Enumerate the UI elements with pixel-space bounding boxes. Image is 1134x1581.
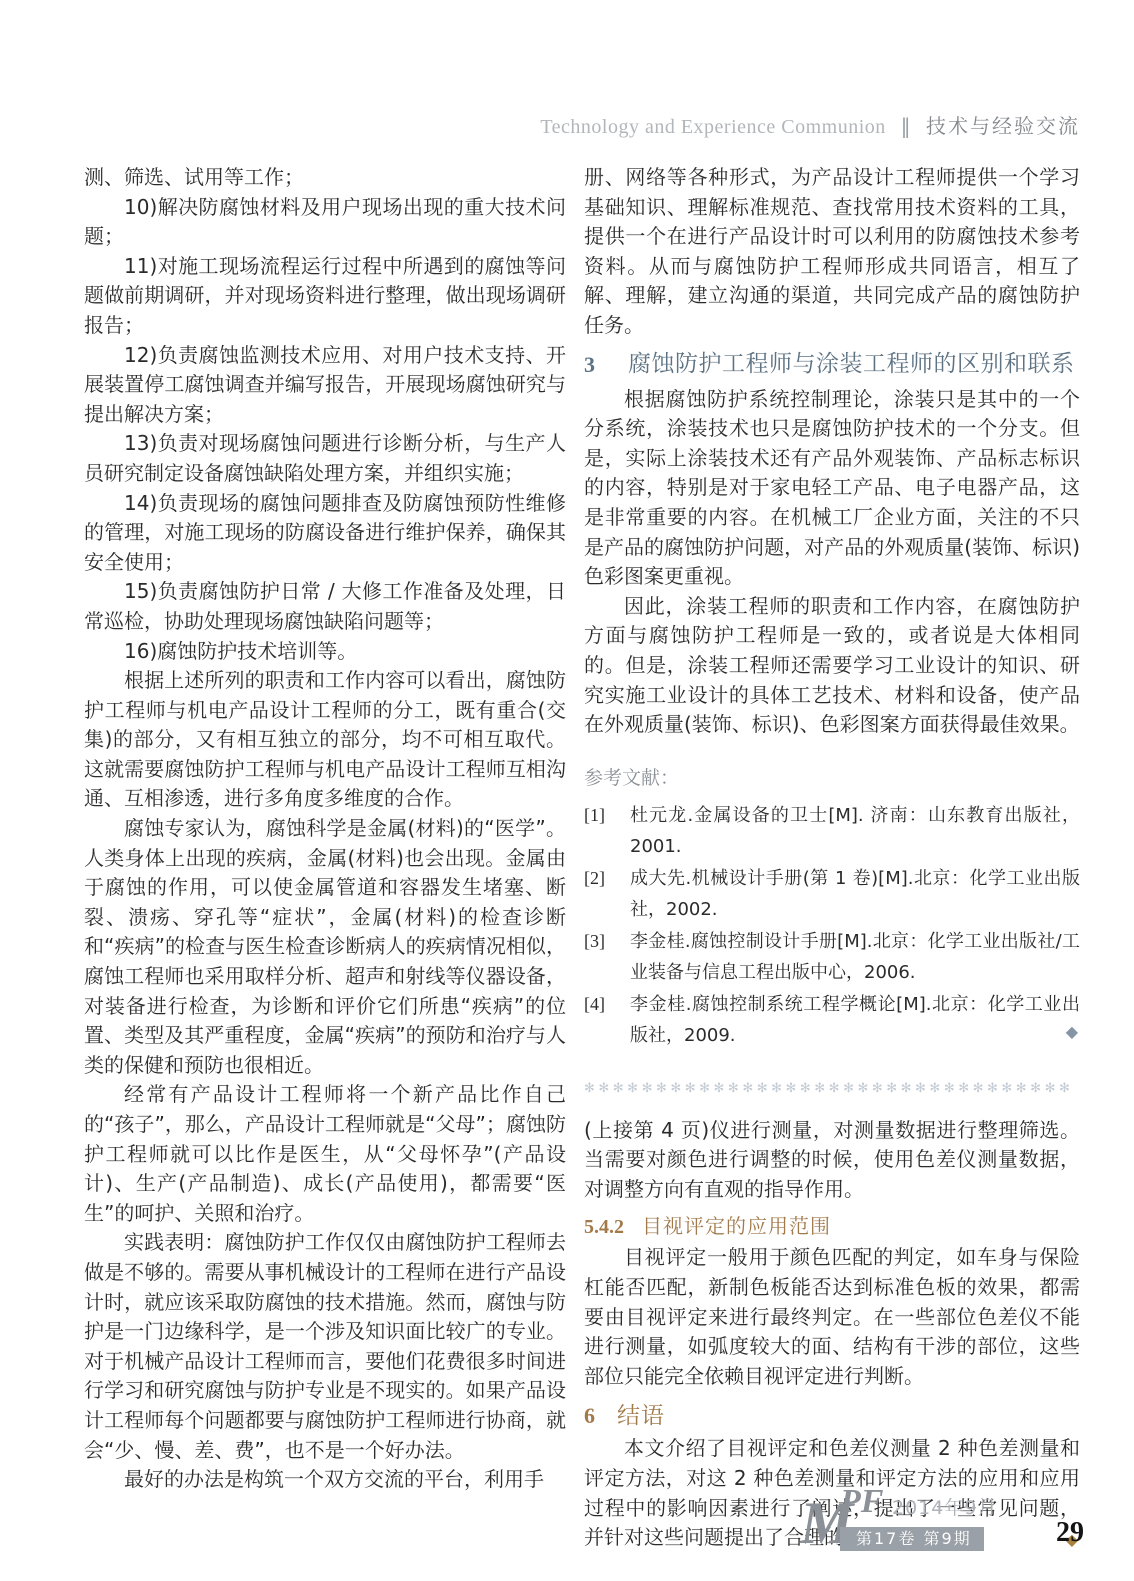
paragraph: 册、网络等各种形式，为产品设计工程师提供一个学习基础知识、理解标准规范、查找常用… [584,163,1080,341]
reference-number: [4] [584,989,624,1020]
section-heading-3: 3 腐蚀防护工程师与涂装工程师的区别和联系 [584,348,1080,381]
end-of-article-diamond-icon: ◆ [1066,1016,1078,1047]
running-header: Technology and Experience Communion ‖ 技术… [540,110,1080,139]
paragraph: 最好的办法是构筑一个双方交流的平台，利用手 [84,1465,566,1495]
paragraph: 13)负责对现场腐蚀问题进行诊断分析，与生产人员研究制定设备腐蚀缺陷处理方案，并… [84,429,566,488]
section-title: 结语 [617,1397,665,1430]
conclusion-heading-6: 6 结语 [584,1397,1080,1430]
reference-item: [2] 成大先.机械设计手册(第 1 卷)[M].北京：化学工业出版社，2002… [584,863,1080,925]
reference-text: 李金桂.腐蚀控制设计手册[M].北京：化学工业出版社/工业装备与信息工程出版中心… [630,931,1080,983]
paragraph: 根据上述所列的职责和工作内容可以看出，腐蚀防护工程师与机电产品设计工程师的分工，… [84,666,566,814]
issue-date: 2014年9月 [892,1493,997,1520]
two-column-content: 测、筛选、试用等工作； 10)解决防腐蚀材料及用户现场出现的重大技术问题； 11… [84,163,1080,1553]
left-column: 测、筛选、试用等工作； 10)解决防腐蚀材料及用户现场出现的重大技术问题； 11… [84,163,566,1553]
header-english-title: Technology and Experience Communion [540,116,885,138]
paragraph: 测、筛选、试用等工作； [84,163,566,193]
subsection-title: 目视评定的应用范围 [642,1210,831,1239]
paragraph: 11)对施工现场流程运行过程中所遇到的腐蚀等问题做前期调研，并对现场资料进行整理… [84,252,566,341]
reference-number: [2] [584,863,624,894]
footer-journal-mark: M PF 2014年9月 第17卷 第9期 29 [800,1491,1084,1555]
journal-page: Technology and Experience Communion ‖ 技术… [0,0,1134,1581]
logo-letters-pf: PF [840,1485,883,1519]
paragraph: 12)负责腐蚀监测技术应用、对用户技术支持、开展装置停工腐蚀调查并编写报告，开展… [84,341,566,430]
section-number: 3 [584,348,628,381]
reference-item: [3] 李金桂.腐蚀控制设计手册[M].北京：化学工业出版社/工业装备与信息工程… [584,926,1080,988]
paragraph: 经常有产品设计工程师将一个新产品比作自己的“孩子”，那么，产品设计工程师就是“父… [84,1080,566,1228]
subsection-heading-542: 5.4.2 目视评定的应用范围 [584,1210,1080,1239]
paragraph: 根据腐蚀防护系统控制理论，涂装只是其中的一个分系统，涂装技术也只是腐蚀防护技术的… [584,385,1080,592]
reference-item: [1] 杜元龙.金属设备的卫士[M]. 济南：山东教育出版社，2001. [584,800,1080,862]
paragraph: 16)腐蚀防护技术培训等。 [84,637,566,667]
reference-text: 李金桂.腐蚀控制系统工程学概论[M].北京：化学工业出版社，2009. [630,994,1080,1046]
right-column: 册、网络等各种形式，为产品设计工程师提供一个学习基础知识、理解标准规范、查找常用… [584,163,1080,1553]
paragraph: 腐蚀专家认为，腐蚀科学是金属(材料)的“医学”。人类身体上出现的疾病，金属(材料… [84,814,566,1080]
subsection-number: 5.4.2 [584,1216,624,1239]
header-chinese-title: 技术与经验交流 [926,114,1080,138]
reference-item: [4] 李金桂.腐蚀控制系统工程学概论[M].北京：化学工业出版社，2009. … [584,989,1080,1051]
volume-issue-band: 第17卷 第9期 [840,1527,984,1551]
reference-number: [3] [584,926,624,957]
reference-number: [1] [584,800,624,831]
section-number: 6 [584,1403,595,1429]
paragraph: 目视评定一般用于颜色匹配的判定，如车身与保险杠能否匹配，新制色板能否达到标准色板… [584,1243,1080,1391]
paragraph: 因此，涂装工程师的职责和工作内容，在腐蚀防护方面与腐蚀防护工程师是一致的，或者说… [584,592,1080,740]
article-divider-ornament: ✻✻✻✻✻✻✻✻✻✻✻✻✻✻✻✻✻✻✻✻✻✻✻✻✻✻✻✻✻✻✻✻✻✻ [584,1081,1080,1096]
continued-lead-paragraph: (上接第 4 页)仪进行测量，对测量数据进行整理筛选。当需要对颜色进行调整的时候… [584,1116,1080,1205]
page-number: 29 [1056,1517,1084,1549]
journal-logo: M PF 2014年9月 第17卷 第9期 [800,1491,1038,1555]
reference-text: 成大先.机械设计手册(第 1 卷)[M].北京：化学工业出版社，2002. [630,868,1080,920]
header-separator: ‖ [901,114,912,138]
references-label: 参考文献： [584,764,1080,792]
paragraph: 实践表明：腐蚀防护工作仅仅由腐蚀防护工程师去做是不够的。需要从事机械设计的工程师… [84,1228,566,1465]
paragraph: 14)负责现场的腐蚀问题排查及防腐蚀预防性维修的管理，对施工现场的防腐设备进行维… [84,489,566,578]
paragraph: 15)负责腐蚀防护日常 / 大修工作准备及处理，日常巡检，协助处理现场腐蚀缺陷问… [84,577,566,636]
paragraph: 10)解决防腐蚀材料及用户现场出现的重大技术问题； [84,193,566,252]
section-title: 腐蚀防护工程师与涂装工程师的区别和联系 [628,348,1080,381]
reference-text: 杜元龙.金属设备的卫士[M]. 济南：山东教育出版社，2001. [630,805,1080,857]
